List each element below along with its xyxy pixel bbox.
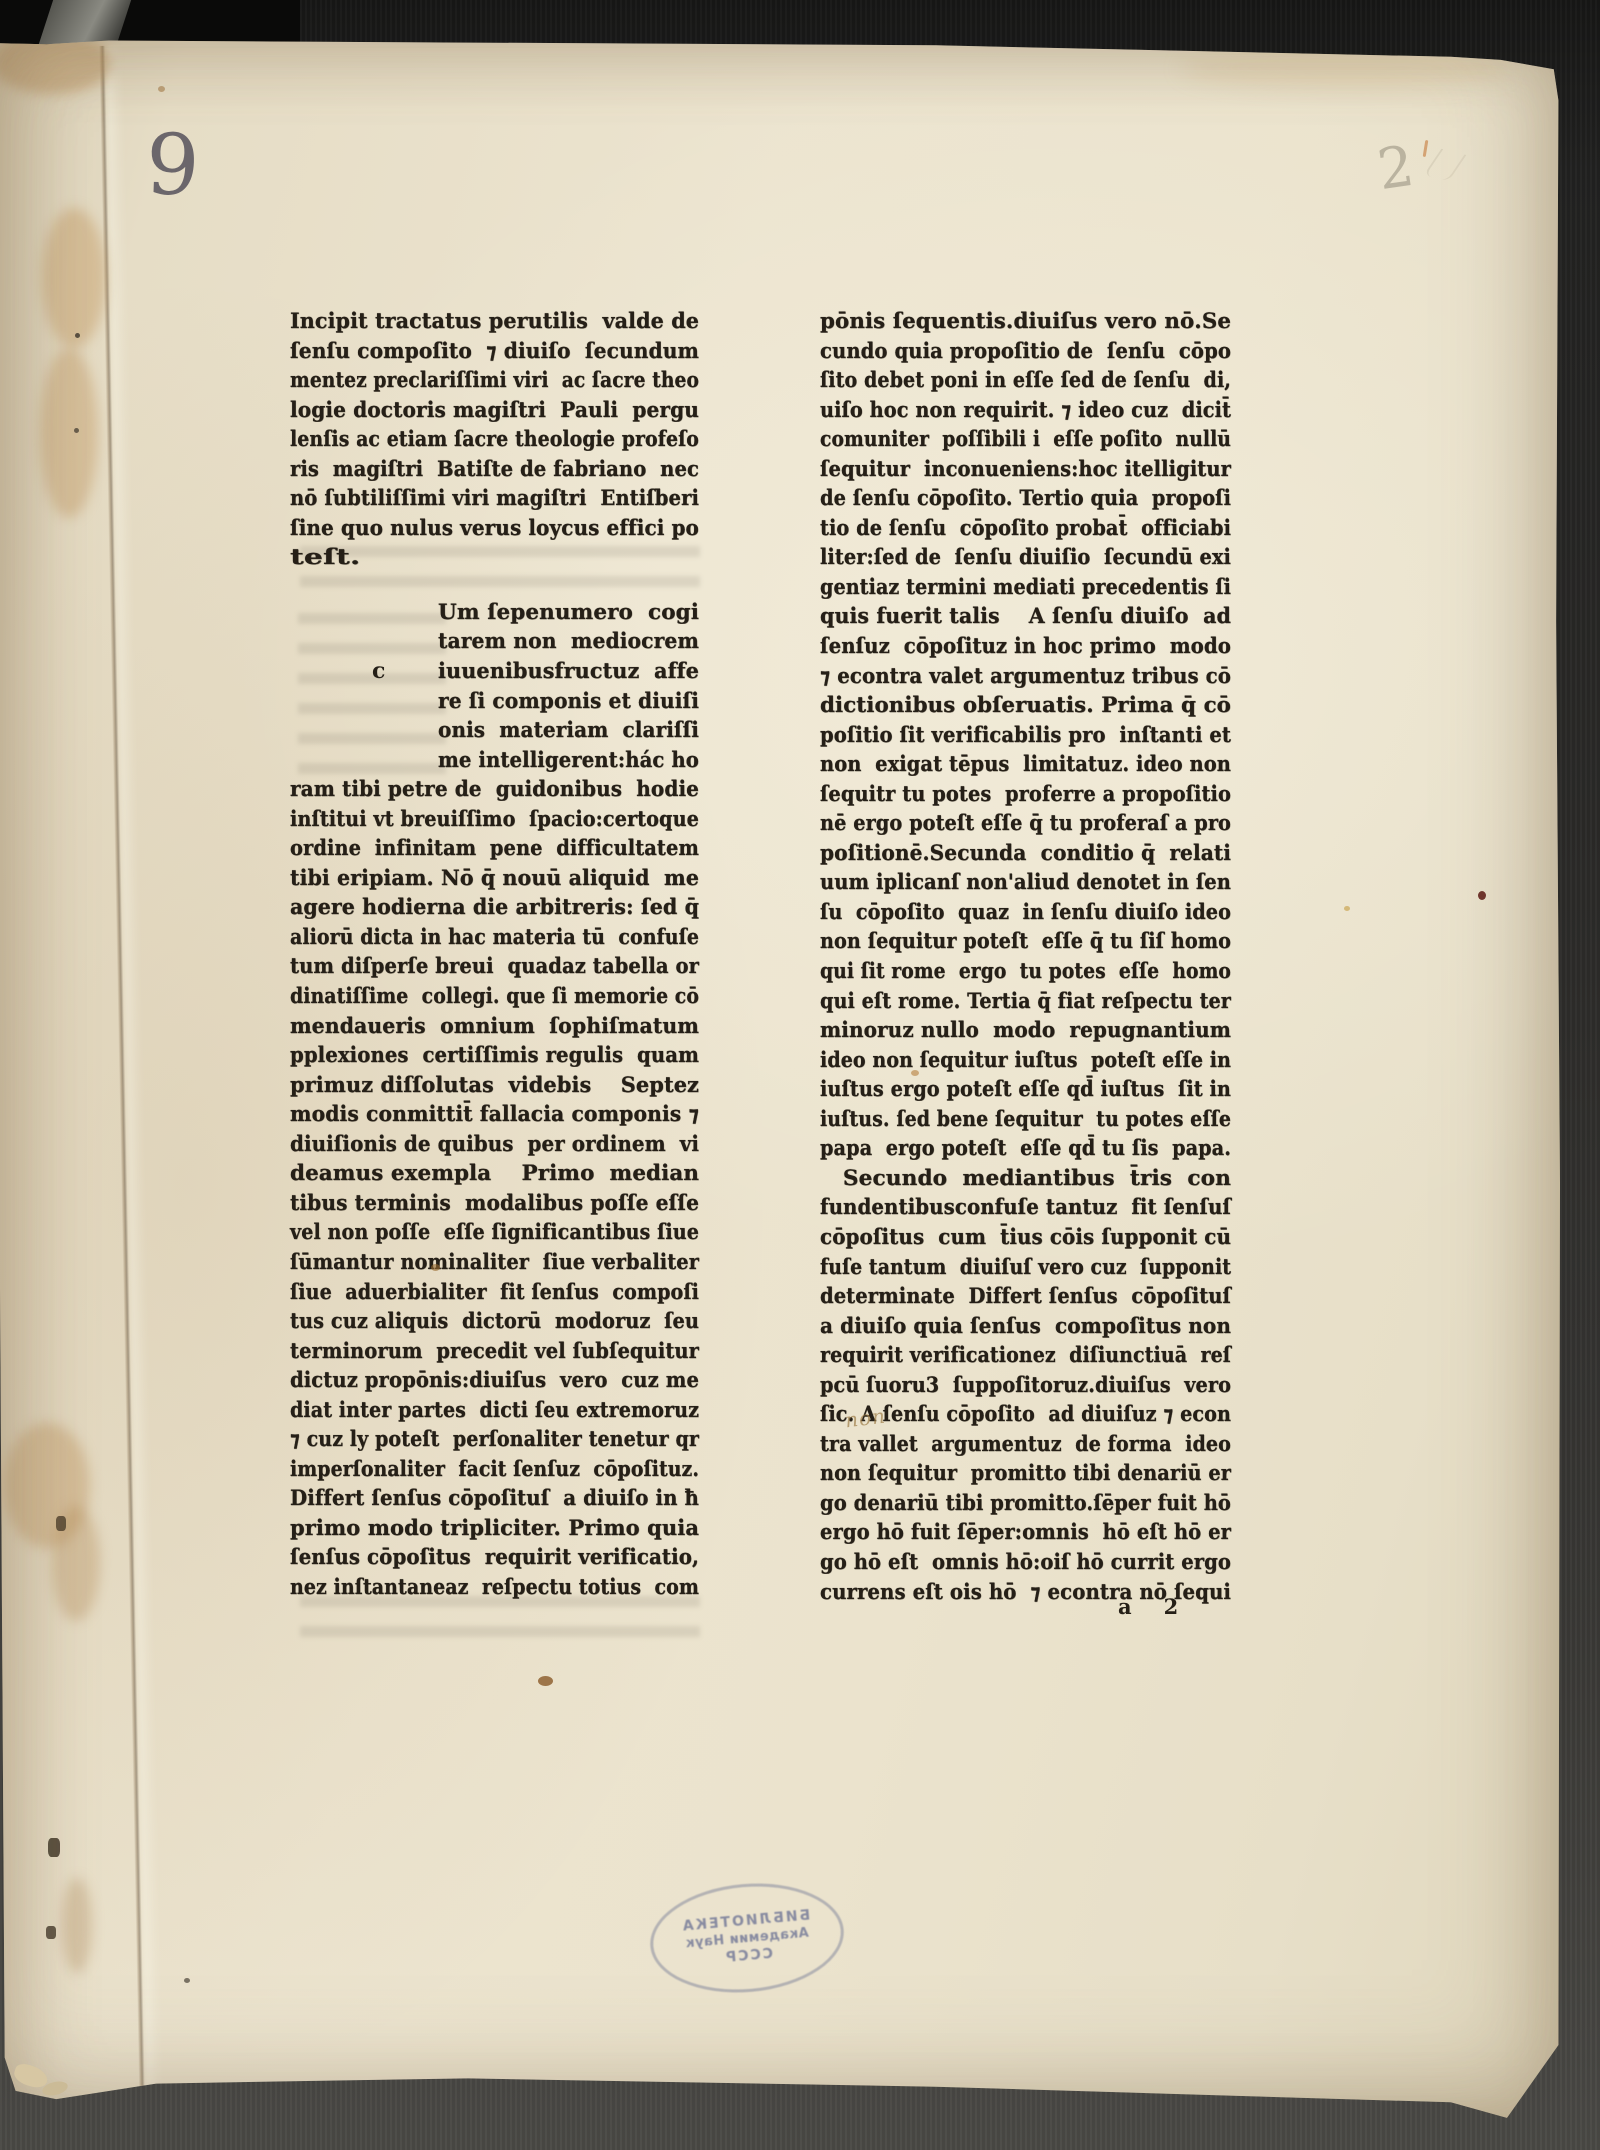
- show-through: [300, 1596, 700, 1638]
- paper-fleck: [1344, 906, 1350, 911]
- ink-speck: [911, 1070, 919, 1076]
- ink-speck: [74, 428, 79, 433]
- text-line: gentiaz termini mediati precedentis ſi: [820, 572, 1231, 602]
- text-line: nē ergo poteſt eſſe q̄ tu proferaſ a pro: [820, 808, 1231, 838]
- text-line: ordine infinitam pene difficultatem: [290, 833, 699, 863]
- text-line: ſenſus cōpoſitus requirit verificatio,: [290, 1542, 699, 1572]
- text-line: primo modo tripliciter. Primo quia: [290, 1513, 699, 1543]
- text-line: modis conmittit̄ fallacia componis ⁊: [290, 1099, 699, 1129]
- text-line: re ſi componis et diuiſi: [438, 686, 699, 716]
- text-line: tra vallet argumentuz de forma ideo: [820, 1429, 1231, 1459]
- text-line: deamus exempla Primo median: [290, 1158, 699, 1188]
- text-line: nō ſubtiliſſimi viri magiſtri Entiſberi: [290, 483, 699, 513]
- crease-fleck: [46, 1926, 56, 1939]
- text-line: terminorum precedit vel ſubſequitur: [290, 1336, 699, 1366]
- library-stamp: БИБЛИОТЕКА Академии Наук СССР: [646, 1876, 849, 2000]
- text-line: uiſo hoc non requirit. ⁊ ideo cuz dicit̄: [820, 395, 1231, 425]
- text-line: ram tibi petre de guidonibus hodie: [290, 774, 699, 804]
- text-line: ſenſuz cōpoſituz in hoc primo modo: [820, 631, 1231, 661]
- incipit-paragraph: Incipit tractatus perutilis valde deſenſ…: [290, 306, 699, 572]
- text-line: logie doctoris magiſtri Pauli pergu: [290, 395, 699, 425]
- text-line: Differt ſenſus cōpoſituſ a diuiſo in ħ: [290, 1483, 699, 1513]
- ink-speck: [158, 86, 165, 92]
- text-line: de ſenſu cōpoſito. Tertio quia propoſi: [820, 483, 1231, 513]
- faint-pencil-ghost: [1423, 149, 1466, 182]
- text-line: mentez preclariſſimi viri ac ſacre theo: [290, 365, 699, 395]
- text-line: tum diſperſe breui quadaz tabella or: [290, 951, 699, 981]
- text-line: ris magiſtri Batiſte de fabriano nec: [290, 454, 699, 484]
- text-line: ſequitur inconueniens:hoc itelligitur: [820, 454, 1231, 484]
- ink-speck: [75, 333, 80, 338]
- text-line: uum iplicanſ non'aliud denotet in ſen: [820, 867, 1231, 897]
- text-line: ſu cōpoſito quaz in ſenſu diuiſo ideo: [820, 897, 1231, 927]
- text-line: ſine quo nulus verus loycus effici po: [290, 513, 699, 543]
- text-line: qui ſit rome ergo tu potes eſſe homo: [820, 956, 1231, 986]
- text-column-left: Incipit tractatus perutilis valde deſenſ…: [290, 306, 699, 1602]
- ink-speck: [184, 1978, 190, 1983]
- text-line: iuſtus ergo poteſt eſſe qd̄ iuſtus ſit i…: [820, 1074, 1231, 1104]
- text-line: pplexiones certiſſimis regulis quam: [290, 1040, 699, 1070]
- top-edge-toning: [1180, 48, 1510, 88]
- body-paragraph: ram tibi petre de guidonibus hodieinſtit…: [290, 774, 699, 1601]
- ink-speck: [1478, 891, 1486, 900]
- text-line: papa ergo poteſt eſſe qd̄ tu ſis papa.: [820, 1133, 1231, 1163]
- handwritten-folio-number: 9: [144, 115, 201, 215]
- crease-fleck: [56, 1516, 66, 1531]
- text-line: Incipit tractatus perutilis valde de: [290, 306, 699, 336]
- water-stain: [62, 1878, 92, 1973]
- text-line: mendaueris omnium ſophiſmatum: [290, 1011, 699, 1041]
- text-line: iuſtus. ſed bene ſequitur tu potes eſſe: [820, 1104, 1231, 1134]
- text-line: minoruz nullo modo repugnantium: [820, 1015, 1231, 1045]
- text-line: qui eſt rome. Tertia q̄ fiat reſpectu te…: [820, 986, 1231, 1016]
- text-line: fuſe tantum diuiſuſ vero cuz ſupponit: [820, 1252, 1231, 1282]
- text-line: tus cuz aliquis dictorū modoruz ſeu: [290, 1306, 699, 1336]
- stamp-line: СССР: [723, 1945, 773, 1965]
- text-line: non exigat tēpus limitatuz. ideo non: [820, 749, 1231, 779]
- text-line: me intelligerent:hác ho: [438, 745, 699, 775]
- initial-guide-letter: c: [372, 658, 385, 684]
- text-line: ideo non ſequitur iuſtus poteſt eſſe in: [820, 1045, 1231, 1075]
- text-line: onis materiam clariſſi: [438, 715, 699, 745]
- paragraph-gap: [290, 572, 699, 597]
- text-line: tio de ſenſu cōpoſito probat̄ officiabi: [820, 513, 1231, 543]
- ink-tick-mark: [1423, 140, 1429, 157]
- signature-letter: a: [1118, 1594, 1132, 1619]
- text-line: ergo hō fuit ſēper:omnis hō eſt hō er: [820, 1517, 1231, 1547]
- text-line: diat inter partes dicti ſeu extremoruz: [290, 1395, 699, 1425]
- handwritten-folio-number-pencil: 2: [1374, 134, 1418, 203]
- water-stain: [40, 348, 98, 518]
- text-line: tibus terminis modalibus poſſe eſſe: [290, 1188, 699, 1218]
- water-stain: [42, 208, 106, 348]
- text-line: ſito debet poni in eſſe ſed de ſenſu di,: [820, 365, 1231, 395]
- text-line: determinate Differt ſenſus cōpoſituſ: [820, 1281, 1231, 1311]
- book-page: 9 2 Incipit tractatus perutilis valde de…: [0, 38, 1560, 2120]
- initial-indent-block: Um ſepenumero cogitarem non mediocremiuu…: [438, 597, 699, 774]
- text-line: quis fuerit talis A ſenſu diuiſo ad: [820, 601, 1231, 631]
- text-line: cōpoſitus cum t̄ius cōis ſupponit cū: [820, 1222, 1231, 1252]
- signature-number: 2: [1164, 1594, 1179, 1619]
- text-line: lenſis ac etiam ſacre theologie profeſo: [290, 424, 699, 454]
- ink-speck: [538, 1676, 553, 1686]
- text-line: cundo quia propoſitio de ſenſu cōpo: [820, 336, 1231, 366]
- text-line: non ſequitur promitto tibi denariū er: [820, 1458, 1231, 1488]
- leaf-edge-glint: [39, 0, 131, 44]
- text-line: Secundo mediantibus t̄ris con: [820, 1163, 1231, 1193]
- text-line: pcū ſuoru3 ſuppoſitoruz.diuiſus vero: [820, 1370, 1231, 1400]
- text-line: imperſonaliter facit ſenſuz cōpoſituz.: [290, 1454, 699, 1484]
- text-line: liter:ſed de ſenſu diuiſio ſecundū exi: [820, 542, 1231, 572]
- text-line: teſt.: [290, 542, 699, 572]
- text-line: agere hodierna die arbitreris: ſed q̄: [290, 892, 699, 922]
- text-line: iuuenibusfructuz affe: [438, 656, 699, 686]
- text-line: aliorū dicta in hac materia tū confuſe: [290, 922, 699, 952]
- crease-fleck: [48, 1838, 60, 1857]
- signature-mark: a2: [1118, 1594, 1210, 1619]
- text-line: ſenſu compoſito ⁊ diuiſo ſecundum: [290, 336, 699, 366]
- text-line: vel non poſſe eſſe ſignificantibus ſiue: [290, 1217, 699, 1247]
- text-line: primuz diſſolutas videbis Septez: [290, 1070, 699, 1100]
- text-line: ſiue aduerbialiter fit ſenſus compoſi: [290, 1277, 699, 1307]
- text-line: go denariū tibi promitto.ſēper fuit hō: [820, 1488, 1231, 1518]
- text-line: ⁊ econtra valet argumentuz tribus cō: [820, 661, 1231, 691]
- ink-speck: [431, 1264, 440, 1271]
- text-line: fundentibusconfuſe tantuz fit ſenſuſ: [820, 1192, 1231, 1222]
- text-line: Um ſepenumero cogi: [438, 597, 699, 627]
- text-line: poſitionē.Secunda conditio q̄ relati: [820, 838, 1231, 868]
- interlinear-annotation: non: [844, 1404, 887, 1433]
- text-line: ſequitr tu potes proferre a propoſitio: [820, 779, 1231, 809]
- text-line: comuniter poſſibili i eſſe poſito nullū: [820, 424, 1231, 454]
- text-line: go hō eſt omnis hō:oiſ hō currit ergo: [820, 1547, 1231, 1577]
- text-line: poſitio ſit verificabilis pro inſtanti e…: [820, 720, 1231, 750]
- text-line: requirit verificationez diſiunctiuā reſ: [820, 1340, 1231, 1370]
- photo-background: 9 2 Incipit tractatus perutilis valde de…: [0, 0, 1600, 2150]
- text-line: nez inſtantaneaz reſpectu totius com: [290, 1572, 699, 1602]
- text-line: ⁊ cuz ly poteſt perſonaliter tenetur qr: [290, 1424, 699, 1454]
- text-line: ſūmantur nominaliter ſiue verbaliter: [290, 1247, 699, 1277]
- text-line: dinatiſſime collegi. que ſi memorie cō: [290, 981, 699, 1011]
- text-line: tarem non mediocrem: [438, 626, 699, 656]
- text-line: dictionibus obſeruatis. Prima q̄ cō: [820, 690, 1231, 720]
- text-line: non ſequitur poteſt eſſe q̄ tu ſiſ homo: [820, 926, 1231, 956]
- text-line: tibi eripiam. Nō q̄ nouū aliquid me: [290, 863, 699, 893]
- text-line: inſtitui vt breuiſſimo ſpacio:certoque: [290, 804, 699, 834]
- text-line: dictuz propōnis:diuiſus vero cuz me: [290, 1365, 699, 1395]
- text-line: a diuiſo quia ſenſus compoſitus non: [820, 1311, 1231, 1341]
- text-line: diuiſionis de quibus per ordinem vi: [290, 1129, 699, 1159]
- text-line: pōnis ſequentis.diuiſus vero nō.Se: [820, 306, 1231, 336]
